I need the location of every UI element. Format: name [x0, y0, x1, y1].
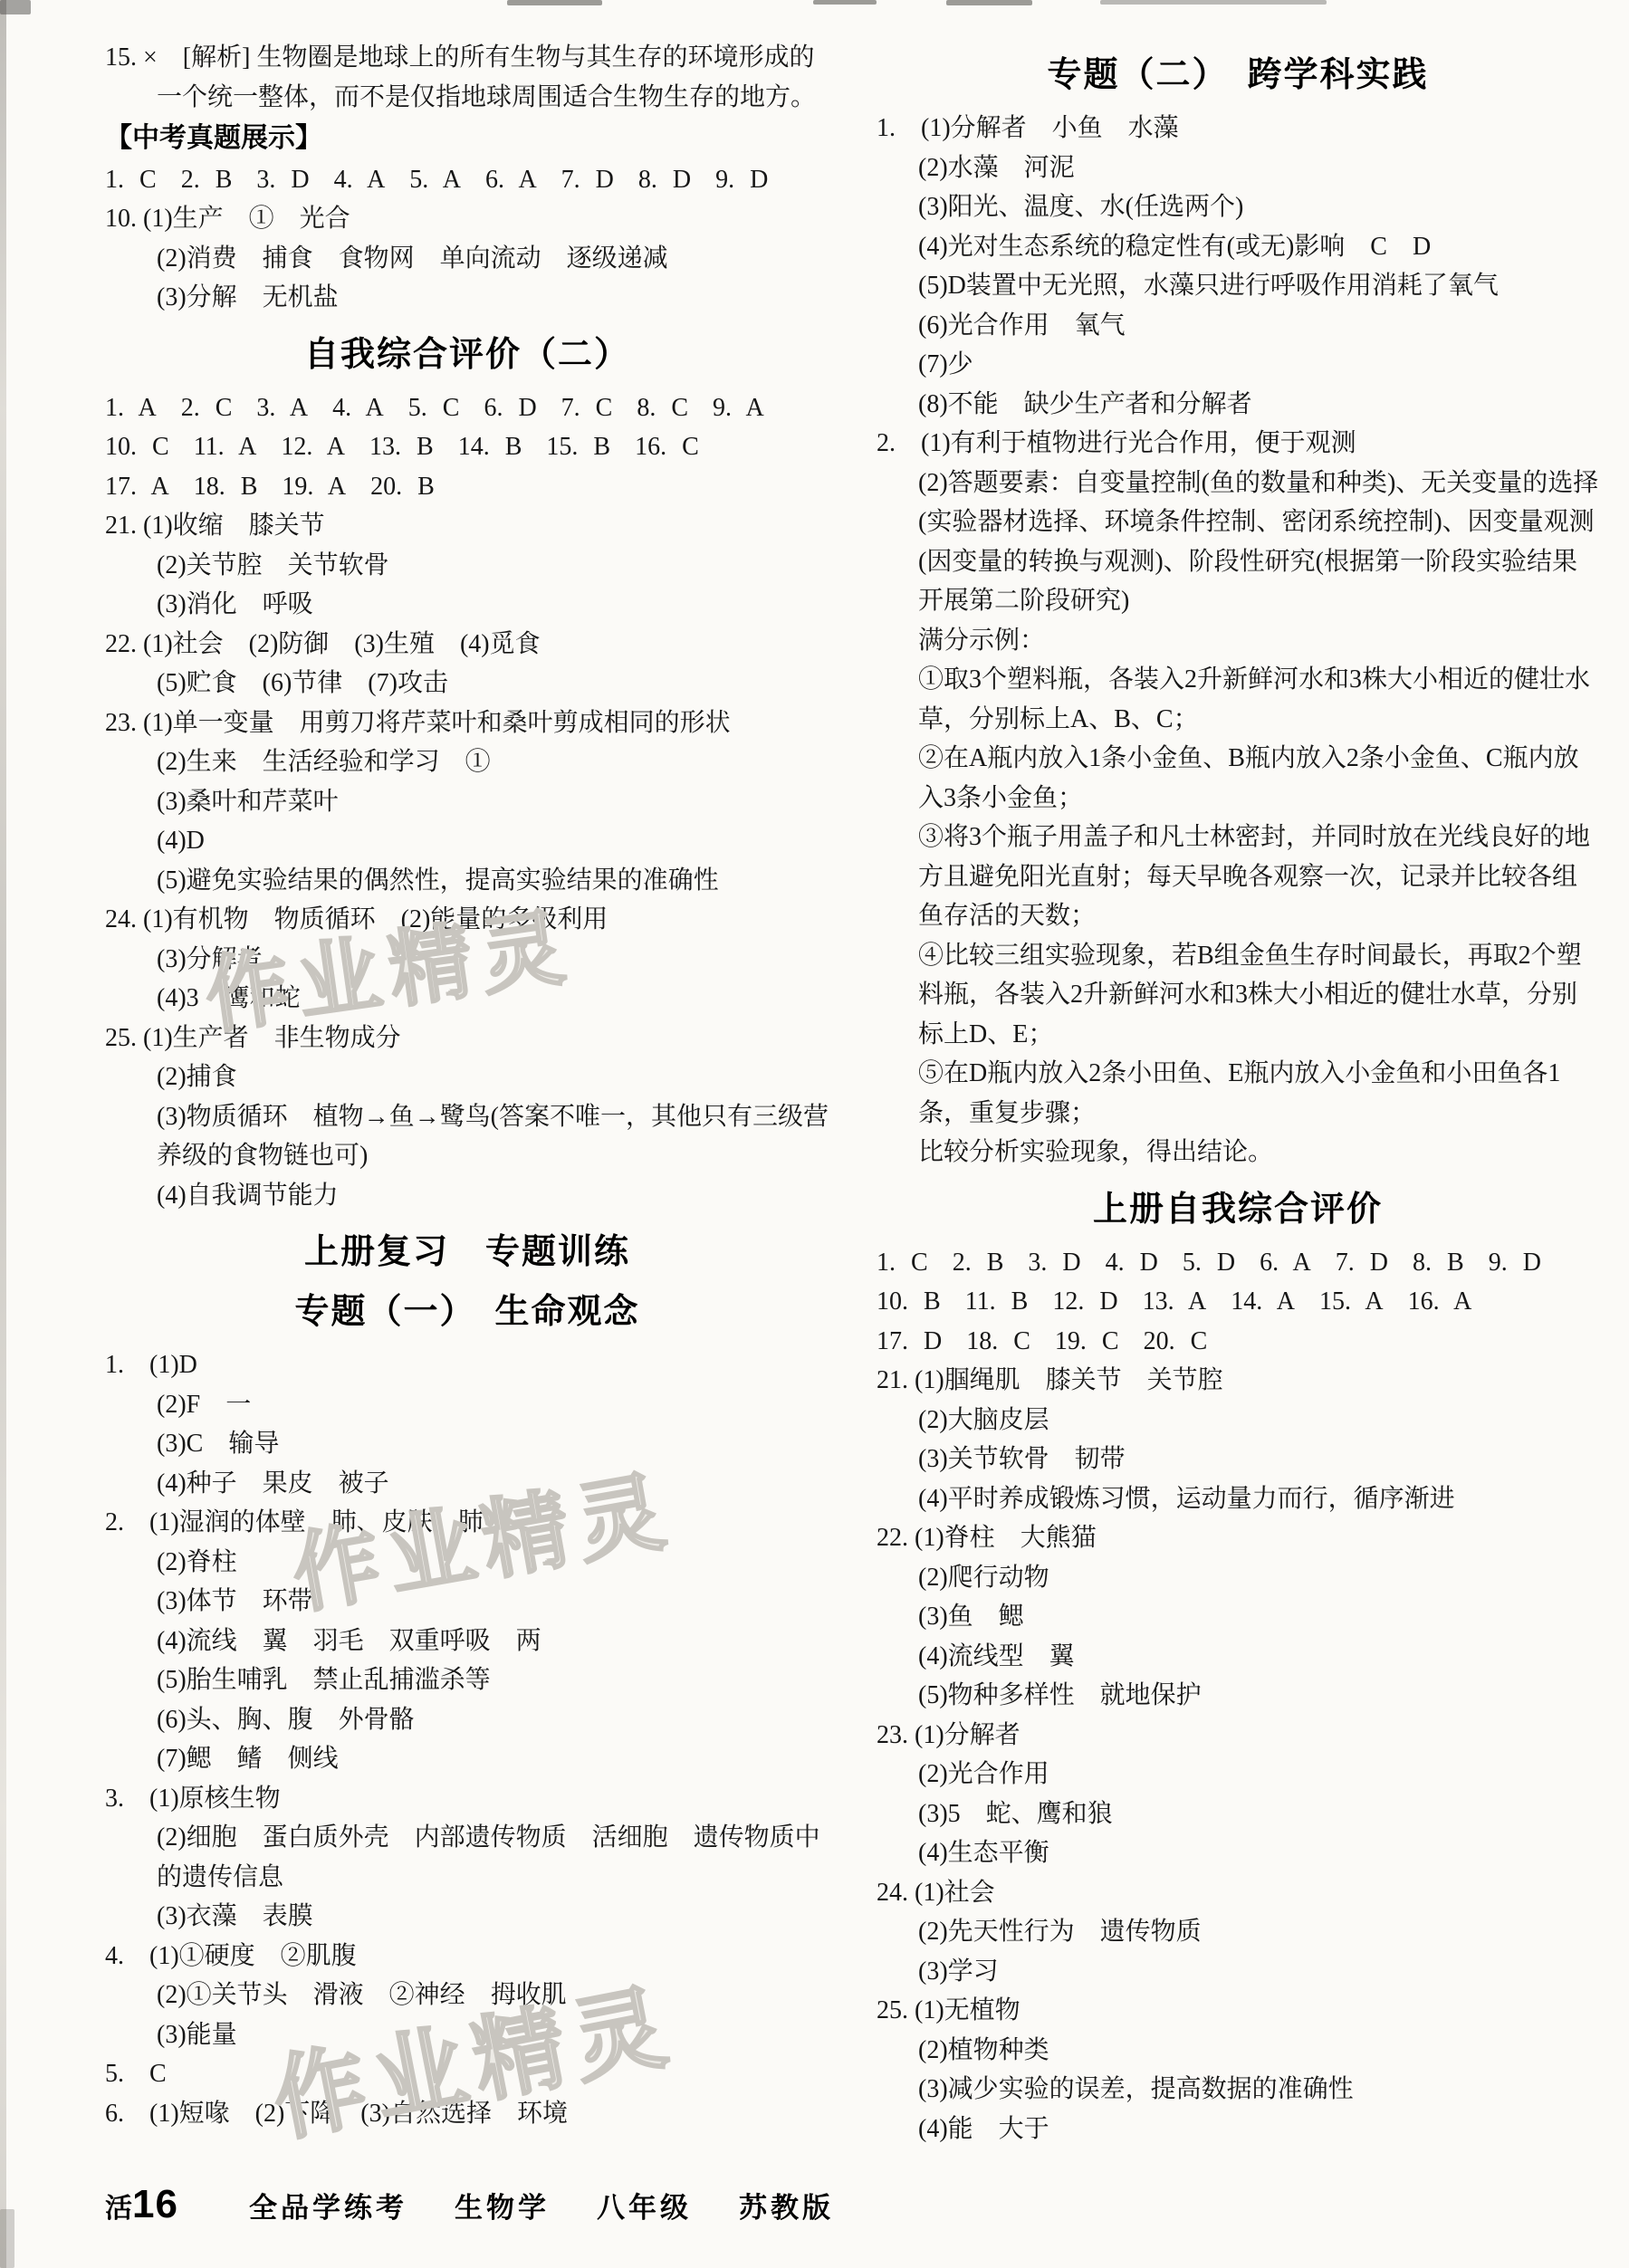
- answer-line: 2. (1)湿润的体壁 肺、皮肤 肺: [105, 1503, 829, 1543]
- choice-answer: 17. D: [877, 1322, 942, 1362]
- choice-answer: 16. C: [635, 427, 699, 467]
- answer-line: 21. (1)收缩 膝关节: [105, 506, 829, 546]
- choice-answers-row: 10. C11. A12. A13. B14. B15. B16. C: [105, 427, 829, 467]
- section-title: 上册自我综合评价: [877, 1187, 1599, 1232]
- answer-line: (3)消化 呼吸: [157, 585, 829, 625]
- left-column: 15. × [解析] 生物圈是地球上的所有生物与其生存的环境形成的一个统一整体，…: [105, 38, 829, 2133]
- answer-line: ③将3个瓶子用盖子和凡士林密封，并同时放在光线良好的地方且避免阳光直射；每天早晚…: [918, 818, 1599, 936]
- choice-answer: 13. A: [1143, 1282, 1207, 1322]
- answer-line: (4)流线 翼 羽毛 双重呼吸 两: [157, 1622, 829, 1661]
- choice-answers-row: 10. B11. B12. D13. A14. A15. A16. A: [877, 1282, 1599, 1322]
- answer-line: (8)不能 缺少生产者和分解者: [918, 385, 1599, 425]
- choice-answer: 4. D: [1106, 1243, 1158, 1283]
- page-number-badge: 活16: [105, 2182, 178, 2227]
- choice-answer: 19. C: [1055, 1322, 1119, 1362]
- choice-answer: 13. B: [369, 427, 434, 467]
- scan-artifact: [0, 0, 31, 14]
- footer-edition: 苏教版: [739, 2185, 834, 2225]
- page-badge-number: 16: [132, 2182, 178, 2226]
- answer-line: (3)学习: [918, 1952, 1599, 1992]
- answer-line: 1. (1)D: [105, 1345, 829, 1385]
- answer-line: (2)①关节头 滑液 ②神经 拇收肌: [157, 1976, 829, 2015]
- choice-answer: 7. D: [561, 160, 614, 200]
- answer-line: ④比较三组实验现象，若B组金鱼生存时间最长，再取2个塑料瓶，各装入2升新鲜河水和…: [918, 936, 1599, 1055]
- answer-line: (2)爬行动物: [918, 1558, 1599, 1598]
- answer-line: (2)F 一: [157, 1385, 829, 1425]
- choice-answer: 20. C: [1144, 1322, 1208, 1362]
- choice-answer: 7. D: [1336, 1243, 1388, 1283]
- answer-line: (2)消费 捕食 食物网 单向流动 逐级递减: [157, 239, 829, 279]
- answer-line: (5)避免实验结果的偶然性，提高实验结果的准确性: [157, 861, 829, 901]
- footer-grade: 八年级: [597, 2185, 692, 2225]
- answer-line: (5)D装置中无光照，水藻只进行呼吸作用消耗了氧气: [918, 266, 1599, 306]
- answer-line: (3)鱼 鳃: [918, 1597, 1599, 1637]
- choice-answer: 10. B: [877, 1282, 941, 1322]
- answer-line: (4)流线型 翼: [918, 1637, 1599, 1677]
- answer-line: (2)脊柱: [157, 1543, 829, 1583]
- scan-edge-shadow: [0, 0, 6, 2268]
- answer-line: (2)光合作用: [918, 1755, 1599, 1794]
- scan-artifact: [813, 0, 877, 5]
- answer-line: (5)物种多样性 就地保护: [918, 1676, 1599, 1716]
- choice-answer: 5. A: [409, 160, 461, 200]
- choice-answer: 19. A: [282, 467, 346, 507]
- answer-line: (6)头、胸、腹 外骨骼: [157, 1700, 829, 1740]
- choice-answer: 16. A: [1408, 1282, 1472, 1322]
- section-title: 上册复习 专题训练: [105, 1230, 829, 1275]
- answer-line: (2)水藻 河泥: [918, 148, 1599, 188]
- answer-line: 22. (1)社会 (2)防御 (3)生殖 (4)觅食: [105, 625, 829, 665]
- answer-line: (2)细胞 蛋白质外壳 内部遗传物质 活细胞 遗传物质中的遗传信息: [157, 1818, 829, 1897]
- answer-line: (3)衣藻 表膜: [157, 1897, 829, 1937]
- right-column: 专题（二） 跨学科实践1. (1)分解者 小鱼 水藻(2)水藻 河泥(3)阳光、…: [877, 38, 1599, 2148]
- answer-line: (4)平时养成锻炼习惯，运动量力而行，循序渐进: [918, 1479, 1599, 1519]
- answer-line: (3)物质循环 植物→鱼→鹭鸟(答案不唯一，其他只有三级营养级的食物链也可): [157, 1097, 829, 1176]
- choice-answer: 10. C: [105, 427, 169, 467]
- choice-answer: 14. B: [458, 427, 522, 467]
- answer-line: ①取3个塑料瓶，各装入2升新鲜河水和3株大小相近的健壮水草，分别标上A、B、C；: [918, 660, 1599, 739]
- answer-line: (6)光合作用 氧气: [918, 306, 1599, 346]
- answer-line: (4)生态平衡: [918, 1833, 1599, 1873]
- answer-line: (4)光对生态系统的稳定性有(或无)影响 C D: [918, 227, 1599, 267]
- answer-line: (7)少: [918, 345, 1599, 385]
- choice-answers-row: 17. A18. B19. A20. B: [105, 467, 829, 507]
- answer-line: (4)能 大于: [918, 2110, 1599, 2149]
- answer-line: 2. (1)有利于植物进行光合作用，便于观测: [877, 424, 1599, 464]
- answer-line: (5)贮食 (6)节律 (7)攻击: [157, 664, 829, 703]
- choice-answer: 18. B: [194, 467, 258, 507]
- choice-answers-row: 1. A2. C3. A4. A5. C6. D7. C8. C9. A: [105, 388, 829, 428]
- choice-answer: 18. C: [966, 1322, 1030, 1362]
- choice-answer: 4. A: [334, 160, 386, 200]
- scan-artifact: [0, 2209, 14, 2268]
- choice-answer: 2. C: [181, 388, 233, 428]
- answer-line: 15. × [解析] 生物圈是地球上的所有生物与其生存的环境形成的一个统一整体，…: [105, 38, 829, 117]
- answer-line: (3)C 输导: [157, 1424, 829, 1464]
- answer-line: (2)捕食: [157, 1057, 829, 1097]
- choice-answer: 8. C: [637, 388, 688, 428]
- choice-answer: 6. A: [1260, 1243, 1311, 1283]
- scan-artifact: [946, 0, 1032, 5]
- page-badge-prefix: 活: [105, 2194, 132, 2224]
- choice-answer: 12. A: [281, 427, 345, 467]
- answer-line: (3)能量: [157, 2015, 829, 2055]
- answer-line: (7)鳃 鳍 侧线: [157, 1739, 829, 1779]
- choice-answer: 14. A: [1231, 1282, 1295, 1322]
- answer-line: 24. (1)社会: [877, 1873, 1599, 1913]
- choice-answer: 9. D: [715, 160, 768, 200]
- answer-line: 23. (1)分解者: [877, 1716, 1599, 1756]
- section-title: 专题（二） 跨学科实践: [877, 53, 1599, 98]
- block-title: 【中考真题展示】: [105, 119, 829, 158]
- choice-answer: 6. D: [484, 388, 536, 428]
- answer-line: 5. C: [105, 2054, 829, 2094]
- scan-artifact: [507, 0, 602, 5]
- answer-line: 10. (1)生产 ① 光合: [105, 199, 829, 239]
- choice-answer: 3. A: [256, 388, 308, 428]
- answer-line: 4. (1)①硬度 ②肌腹: [105, 1937, 829, 1976]
- choice-answer: 1. A: [105, 388, 157, 428]
- choice-answer: 11. A: [194, 427, 257, 467]
- choice-answer: 5. C: [408, 388, 460, 428]
- answer-line: (4)D: [157, 821, 829, 861]
- choice-answer: 9. A: [713, 388, 764, 428]
- choice-answer: 5. D: [1183, 1243, 1235, 1283]
- answer-line: (4)自我调节能力: [157, 1176, 829, 1216]
- answer-line: (3)阳光、温度、水(任选两个): [918, 187, 1599, 227]
- footer-subject: 生物学: [455, 2185, 550, 2225]
- choice-answer: 4. A: [332, 388, 384, 428]
- choice-answer: 3. D: [1028, 1243, 1080, 1283]
- choice-answers-row: 1. C2. B3. D4. D5. D6. A7. D8. B9. D: [877, 1243, 1599, 1283]
- answer-line: 3. (1)原核生物: [105, 1779, 829, 1819]
- answer-line: (2)先天性行为 遗传物质: [918, 1912, 1599, 1952]
- answer-line: 满分示例：: [918, 621, 1599, 661]
- scanned-answer-page: 作业精灵 作业精灵 作业精灵 15. × [解析] 生物圈是地球上的所有生物与其…: [0, 0, 1629, 2268]
- answer-line: 25. (1)生产者 非生物成分: [105, 1019, 829, 1058]
- answer-line: (3)5 蛇、鹰和狼: [918, 1794, 1599, 1834]
- answer-line: (2)生来 生活经验和学习 ①: [157, 742, 829, 782]
- choice-answer: 8. B: [1413, 1243, 1464, 1283]
- answer-line: (5)胎生哺乳 禁止乱捕滥杀等: [157, 1660, 829, 1700]
- footer-series: 全品学练考: [249, 2185, 407, 2225]
- choice-answer: 9. D: [1489, 1243, 1541, 1283]
- answer-line: (2)植物种类: [918, 2031, 1599, 2071]
- choice-answer: 3. D: [256, 160, 309, 200]
- choice-answer: 11. B: [965, 1282, 1029, 1322]
- answer-line: (3)分解者: [157, 940, 829, 980]
- answer-line: ②在A瓶内放入1条小金鱼、B瓶内放入2条小金鱼、C瓶内放入3条小金鱼；: [918, 739, 1599, 818]
- choice-answer: 8. D: [638, 160, 691, 200]
- section-title: 专题（一） 生命观念: [105, 1289, 829, 1335]
- choice-answer: 1. C: [105, 160, 157, 200]
- answer-line: 24. (1)有机物 物质循环 (2)能量的多级利用: [105, 900, 829, 940]
- scan-artifact: [1100, 0, 1327, 5]
- answer-line: 21. (1)腘绳肌 膝关节 关节腔: [877, 1361, 1599, 1401]
- choice-answer: 2. B: [181, 160, 233, 200]
- choice-answer: 20. B: [370, 467, 435, 507]
- answer-line: (2)大脑皮层: [918, 1401, 1599, 1440]
- choice-answer: 2. B: [953, 1243, 1004, 1283]
- choice-answer: 17. A: [105, 467, 169, 507]
- answer-line: 23. (1)单一变量 用剪刀将芹菜叶和桑叶剪成相同的形状: [105, 703, 829, 743]
- answer-line: (3)体节 环带: [157, 1582, 829, 1622]
- answer-line: 比较分析实验现象，得出结论。: [918, 1133, 1599, 1172]
- choice-answers-row: 1. C2. B3. D4. A5. A6. A7. D8. D9. D: [105, 160, 829, 200]
- choice-answer: 7. C: [561, 388, 613, 428]
- answer-line: (4)3 鹰和蛇: [157, 979, 829, 1019]
- choice-answer: 15. A: [1319, 1282, 1384, 1322]
- answer-line: 22. (1)脊柱 大熊猫: [877, 1518, 1599, 1558]
- answer-line: (3)分解 无机盐: [157, 278, 829, 318]
- answer-line: 1. (1)分解者 小鱼 水藻: [877, 109, 1599, 148]
- answer-line: (3)减少实验的误差，提高数据的准确性: [918, 2070, 1599, 2110]
- choice-answer: 12. D: [1052, 1282, 1117, 1322]
- answer-line: 25. (1)无植物: [877, 1991, 1599, 2031]
- page-footer: 活16 全品学练考 生物学 八年级 苏教版: [105, 2182, 834, 2227]
- answer-line: 6. (1)短喙 (2)下降 (3)自然选择 环境: [105, 2094, 829, 2134]
- answer-line: (4)种子 果皮 被子: [157, 1464, 829, 1504]
- choice-answer: 1. C: [877, 1243, 928, 1283]
- section-title: 自我综合评价（二）: [105, 332, 829, 378]
- answer-line: (2)答题要素：自变量控制(鱼的数量和种类)、无关变量的选择(实验器材选择、环境…: [918, 464, 1599, 621]
- choice-answers-row: 17. D18. C19. C20. C: [877, 1322, 1599, 1362]
- choice-answer: 15. B: [546, 427, 610, 467]
- answer-line: (3)关节软骨 韧带: [918, 1440, 1599, 1479]
- answer-line: (2)关节腔 关节软骨: [157, 546, 829, 586]
- answer-line: (3)桑叶和芹菜叶: [157, 782, 829, 822]
- answer-line: ⑤在D瓶内放入2条小田鱼、E瓶内放入小金鱼和小田鱼各1条，重复步骤；: [918, 1054, 1599, 1133]
- choice-answer: 6. A: [485, 160, 537, 200]
